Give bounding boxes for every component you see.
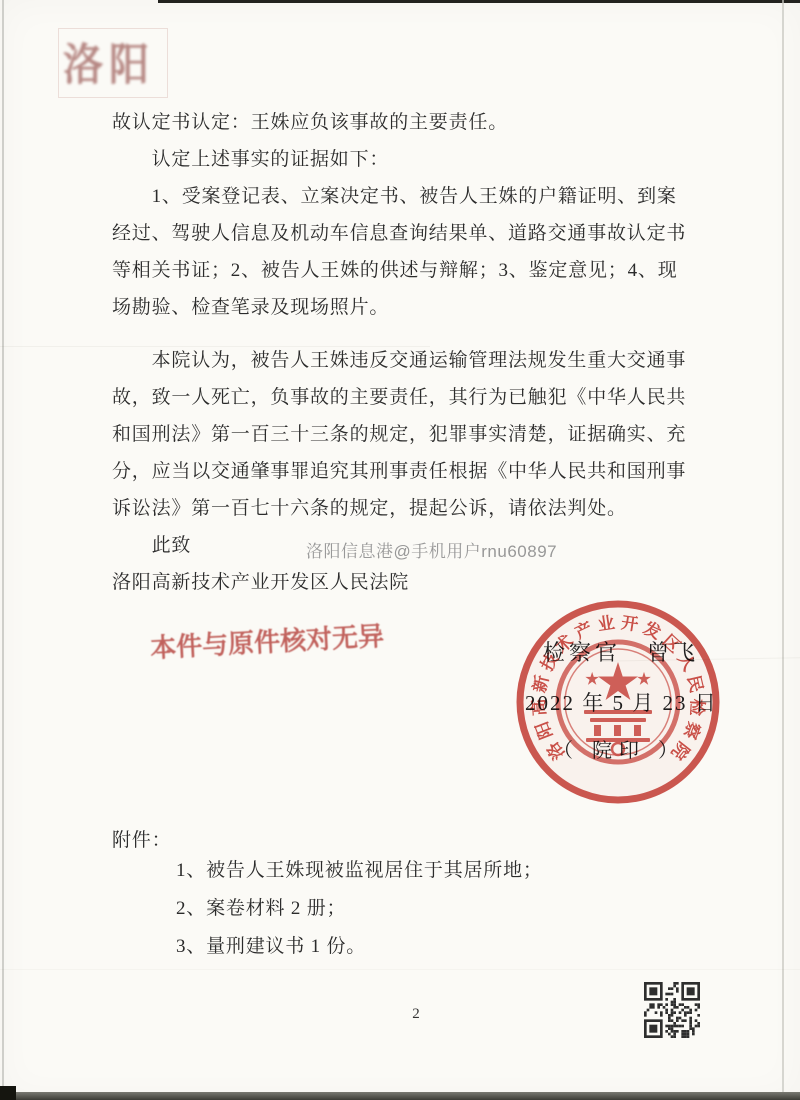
corner-stamp-text: 洛阳 — [63, 30, 155, 93]
attachments-label: 附件： — [112, 822, 171, 859]
body-line: 诉讼法》第一百七十六条的规定，提起公诉，请依法判处。 — [112, 490, 702, 527]
verification-stamp-text: 本件与原件核对无异 — [149, 616, 385, 665]
svg-text:开: 开 — [620, 613, 640, 634]
paper-crease — [0, 969, 800, 970]
scan-edge-top — [158, 0, 800, 3]
body-line: 等相关书证；2、被告人王姝的供述与辩解；3、鉴定意见；4、现 — [112, 252, 702, 289]
svg-text:检: 检 — [687, 698, 708, 717]
seal-graphic: 洛阳高新技术产业开发区人民检察院 — [508, 592, 728, 812]
body-paragraphs-evidence: 故认定书认定：王姝应负该事故的主要责任。 认定上述事实的证据如下： 1、受案登记… — [112, 104, 702, 326]
scan-edge-right — [782, 0, 784, 1100]
body-line: 认定上述事实的证据如下： — [112, 141, 702, 178]
svg-text:业: 业 — [596, 613, 616, 634]
scan-edge-left — [2, 0, 4, 1100]
faint-corner-stamp: 洛阳 — [58, 28, 168, 98]
site-watermark: 洛阳信息港@手机用户rnu60897 — [306, 537, 557, 562]
scan-edge-corner — [0, 1086, 16, 1100]
body-line: 本院认为，被告人王姝违反交通运输管理法规发生重大交通事 — [112, 342, 702, 379]
body-line: 1、受案登记表、立案决定书、被告人王姝的户籍证明、到案 — [112, 178, 702, 215]
body-line: 故，致一人死亡，负事故的主要责任，其行为已触犯《中华人民共 — [112, 379, 702, 416]
body-line: 和国刑法》第一百三十三条的规定，犯罪事实清楚，证据确实、充 — [112, 416, 702, 453]
scanned-document-page: 洛阳 故认定书认定：王姝应负该事故的主要责任。 认定上述事实的证据如下： 1、受… — [0, 0, 800, 1100]
body-paragraphs-opinion: 本院认为，被告人王姝违反交通运输管理法规发生重大交通事故，致一人死亡，负事故的主… — [112, 342, 702, 601]
body-line: 分，应当以交通肇事罪追究其刑事责任根据《中华人民共和国刑事 — [112, 453, 702, 490]
attachment-item: 3、量刑建议书 1 份。 — [176, 928, 543, 966]
official-round-seal: 洛阳高新技术产业开发区人民检察院 — [508, 592, 728, 812]
attachments-list: 1、被告人王姝现被监视居住于其居所地；2、案卷材料 2 册；3、量刑建议书 1 … — [176, 852, 543, 966]
page-number: 2 — [404, 1006, 428, 1023]
body-line: 场勘验、检查笔录及现场照片。 — [112, 289, 702, 326]
attachment-item: 1、被告人王姝现被监视居住于其居所地； — [176, 852, 543, 890]
svg-text:高: 高 — [528, 698, 549, 716]
body-line: 故认定书认定：王姝应负该事故的主要责任。 — [112, 104, 702, 141]
scan-edge-bottom — [0, 1092, 800, 1100]
body-line: 经过、驾驶人信息及机动车信息查询结果单、道路交通事故认定书 — [112, 215, 702, 252]
attachment-item: 2、案卷材料 2 册； — [176, 890, 543, 928]
qr-code — [644, 982, 700, 1038]
